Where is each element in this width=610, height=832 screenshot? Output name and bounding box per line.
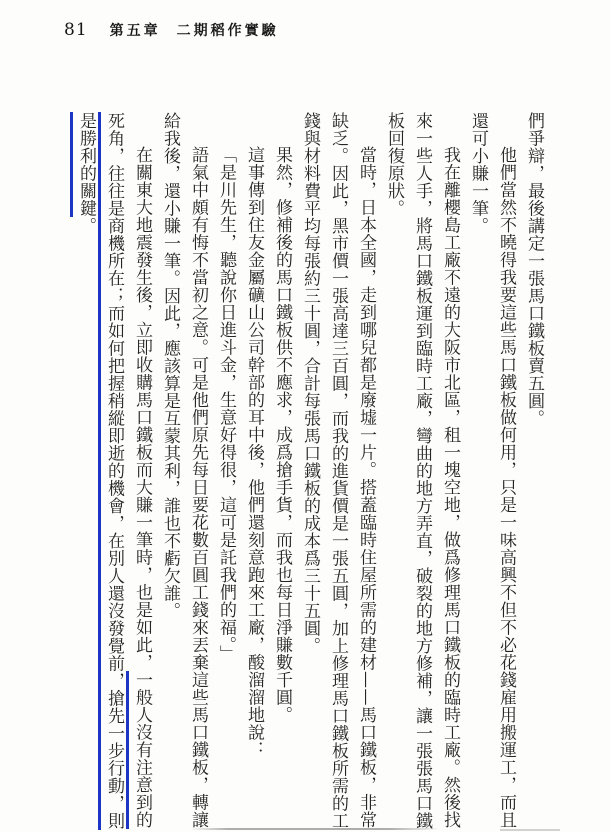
paragraph: 這事傳到住友金屬礦山公司幹部的耳中後，他們還刻意跑來工廠，酸溜溜地說：	[240, 112, 268, 832]
text-run: 。	[76, 217, 96, 235]
text-run: 語氣中頗有悔不當初之意。可是他們原先每日要花數百圓工錢來丟棄這些馬口鐵板，轉讓給…	[160, 112, 208, 829]
text-run: 「是川先生，聽說你日進斗金，生意好得很，這可是託我們的福。」	[216, 146, 236, 663]
chapter-label: 第五章	[110, 20, 161, 40]
running-head: 81 第五章 二期稻作實驗	[64, 20, 279, 40]
paragraph: 我在離櫻島工廠不遠的大阪市北區，租一塊空地，做爲修理馬口鐵板的臨時工廠。然後找來…	[380, 112, 464, 832]
paragraph: 當時，日本全國，走到哪兒都是廢墟一片。搭蓋臨時住屋所需的建材——馬口鐵板，非常缺…	[296, 112, 380, 832]
paragraph: 他們當然不曉得我要這些馬口鐵板做何用，只是一味高興不但不必花錢雇用搬運工，而且還…	[464, 112, 520, 832]
paragraph: 在關東大地震發生後，立即收購馬口鐵板而大賺一筆時，也是如此，一般人沒有注意到的死…	[72, 112, 156, 832]
paragraph: 們爭辯，最後講定一張馬口鐵板賣五圓。	[520, 112, 548, 832]
scan-edge-artifact	[190, 828, 440, 830]
body-text: 們爭辯，最後講定一張馬口鐵板賣五圓。他們當然不曉得我要這些馬口鐵板做何用，只是一…	[66, 112, 548, 832]
paragraph: 語氣中頗有悔不當初之意。可是他們原先每日要花數百圓工錢來丟棄這些馬口鐵板，轉讓給…	[156, 112, 212, 832]
text-run: 果然，修補後的馬口鐵板供不應求，成爲搶手貨，而我也每日淨賺數千圓。	[272, 146, 292, 724]
page-number: 81	[64, 20, 88, 40]
text-run: 我在離櫻島工廠不遠的大阪市北區，租一塊空地，做爲修理馬口鐵板的臨時工廠。然後找來…	[384, 112, 460, 830]
paragraph: 「是川先生，聽說你日進斗金，生意好得很，這可是託我們的福。」	[212, 112, 240, 832]
text-run: 在關東大地震發生後，立即收購馬口鐵板而大賺一筆時，也是如此，	[132, 146, 152, 671]
book-page: 81 第五章 二期稻作實驗 們爭辯，最後講定一張馬口鐵板賣五圓。他們當然不曉得我…	[0, 0, 610, 832]
text-run: 這事傳到住友金屬礦山公司幹部的耳中後，他們還刻意跑來工廠，酸溜溜地說：	[244, 146, 264, 759]
text-run: 們爭辯，最後講定一張馬口鐵板賣五圓。	[524, 112, 544, 427]
scan-edge-artifact	[500, 829, 560, 831]
chapter-title: 二期稻作實驗	[177, 20, 279, 40]
paragraph: 果然，修補後的馬口鐵板供不應求，成爲搶手貨，而我也每日淨賺數千圓。	[268, 112, 296, 832]
text-run: 他們當然不曉得我要這些馬口鐵板做何用，只是一味高興不但不必花錢雇用搬運工，而且還…	[468, 112, 516, 829]
text-run: 當時，日本全國，走到哪兒都是廢墟一片。搭蓋臨時住屋所需的建材——馬口鐵板，非常缺…	[300, 112, 376, 830]
